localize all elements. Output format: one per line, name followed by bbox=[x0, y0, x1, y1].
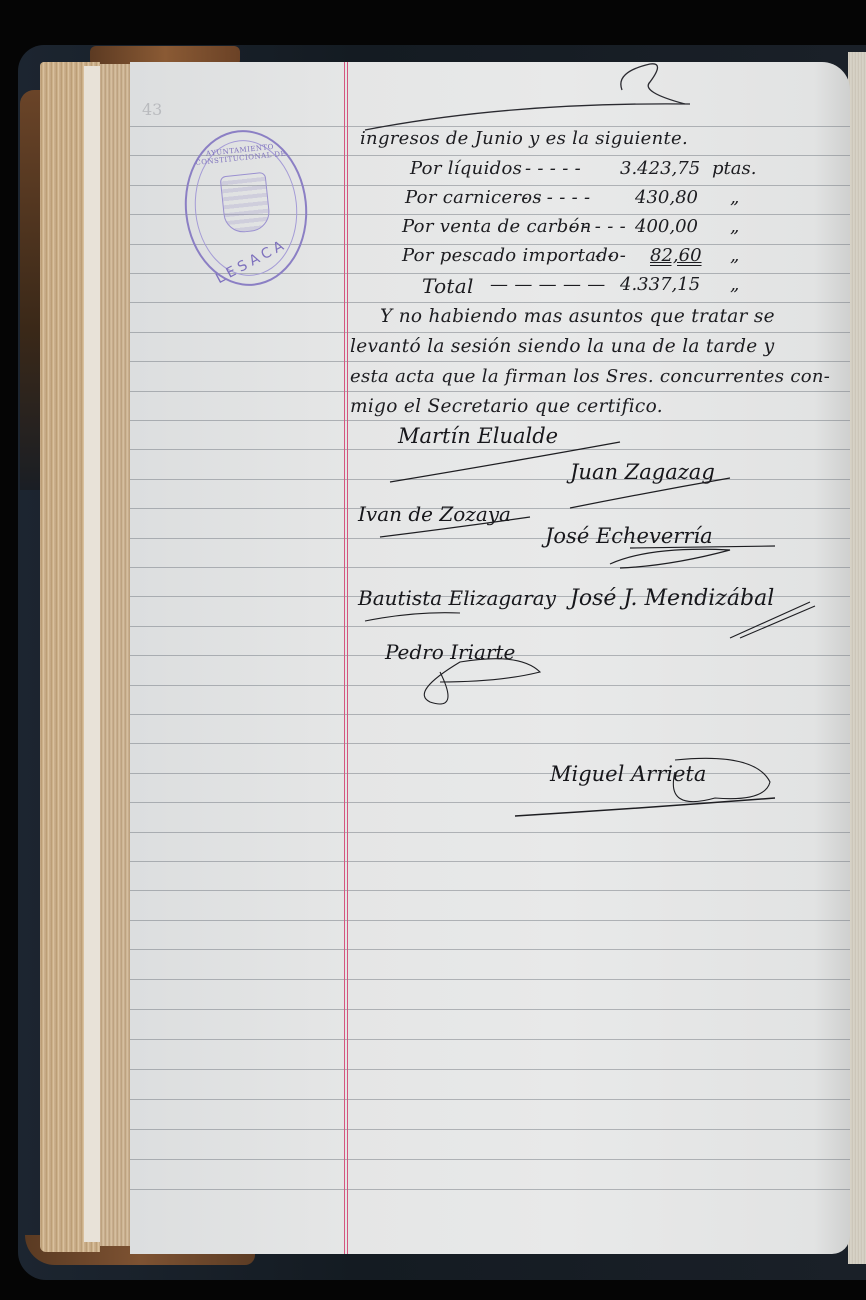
ruled-line bbox=[130, 361, 850, 362]
ruled-line bbox=[130, 979, 850, 980]
item-amount: 3.423,75 bbox=[620, 158, 700, 179]
intro-line: ingresos de Junio y es la siguiente. bbox=[360, 128, 688, 149]
ruled-line bbox=[130, 890, 850, 891]
ruled-line bbox=[130, 1069, 850, 1070]
ruled-line bbox=[130, 391, 850, 392]
item-amount: 400,00 bbox=[635, 216, 698, 237]
signature-flourish-icon bbox=[365, 607, 465, 627]
item-unit: ptas. bbox=[712, 158, 756, 179]
item-label: Por venta de carbón bbox=[402, 216, 592, 237]
coat-of-arms-icon bbox=[220, 172, 272, 234]
ledger-page: 43 AYUNTAMIENTO CONSTITUCIONAL DE LESACA… bbox=[130, 62, 850, 1254]
total-dashes: — — — — — bbox=[490, 274, 606, 295]
item-dashes: - - - - - bbox=[525, 158, 581, 179]
signature-flourish-icon bbox=[570, 472, 740, 512]
ruled-line bbox=[130, 714, 850, 715]
item-amount: 82,60 bbox=[650, 245, 702, 266]
signature-flourish-icon bbox=[380, 517, 540, 557]
closing-line: migo el Secretario que certifico. bbox=[350, 396, 663, 417]
ruled-line bbox=[130, 420, 850, 421]
margin-line bbox=[344, 62, 345, 1254]
ruled-line bbox=[130, 1189, 850, 1190]
total-label: Total bbox=[422, 274, 474, 298]
ruled-line bbox=[130, 332, 850, 333]
ruled-line bbox=[130, 832, 850, 833]
ruled-line bbox=[130, 1009, 850, 1010]
ruled-line bbox=[130, 861, 850, 862]
page-edges-stack-inner bbox=[100, 64, 132, 1246]
ruled-line bbox=[130, 743, 850, 744]
ruled-line bbox=[130, 1099, 850, 1100]
item-amount: 430,80 bbox=[635, 187, 698, 208]
total-unit: „ bbox=[730, 274, 739, 295]
signature-flourish-icon bbox=[400, 652, 550, 712]
signature-flourish-icon bbox=[515, 752, 785, 822]
ruled-line bbox=[130, 1039, 850, 1040]
margin-line bbox=[347, 62, 348, 1254]
item-unit: „ bbox=[730, 245, 739, 266]
total-amount: 4.337,15 bbox=[620, 274, 700, 295]
signature-flourish-icon bbox=[610, 542, 780, 572]
page-edges-right bbox=[848, 52, 866, 1264]
item-label: Por líquidos bbox=[410, 158, 522, 179]
closing-line: esta acta que la firman los Sres. concur… bbox=[350, 366, 830, 387]
item-unit: „ bbox=[730, 187, 739, 208]
ruled-line bbox=[130, 302, 850, 303]
ruled-line bbox=[130, 1159, 850, 1160]
signature-flourish-icon bbox=[730, 602, 820, 642]
item-dashes: - - - bbox=[595, 245, 626, 266]
item-dashes: - - - - - - bbox=[522, 187, 590, 208]
item-unit: „ bbox=[730, 216, 739, 237]
ruled-line bbox=[130, 949, 850, 950]
municipal-stamp: AYUNTAMIENTO CONSTITUCIONAL DE LESACA bbox=[177, 124, 315, 292]
item-label: Por pescado importado bbox=[402, 245, 619, 266]
closing-line: Y no habiendo mas asuntos que tratar se bbox=[380, 306, 775, 327]
item-dashes: - - - - - bbox=[570, 216, 626, 237]
ruled-line bbox=[130, 1129, 850, 1130]
ruled-line bbox=[130, 920, 850, 921]
page-number: 43 bbox=[142, 100, 162, 119]
page-gap bbox=[84, 66, 100, 1242]
closing-line: levantó la sesión siendo la una de la ta… bbox=[350, 336, 774, 357]
